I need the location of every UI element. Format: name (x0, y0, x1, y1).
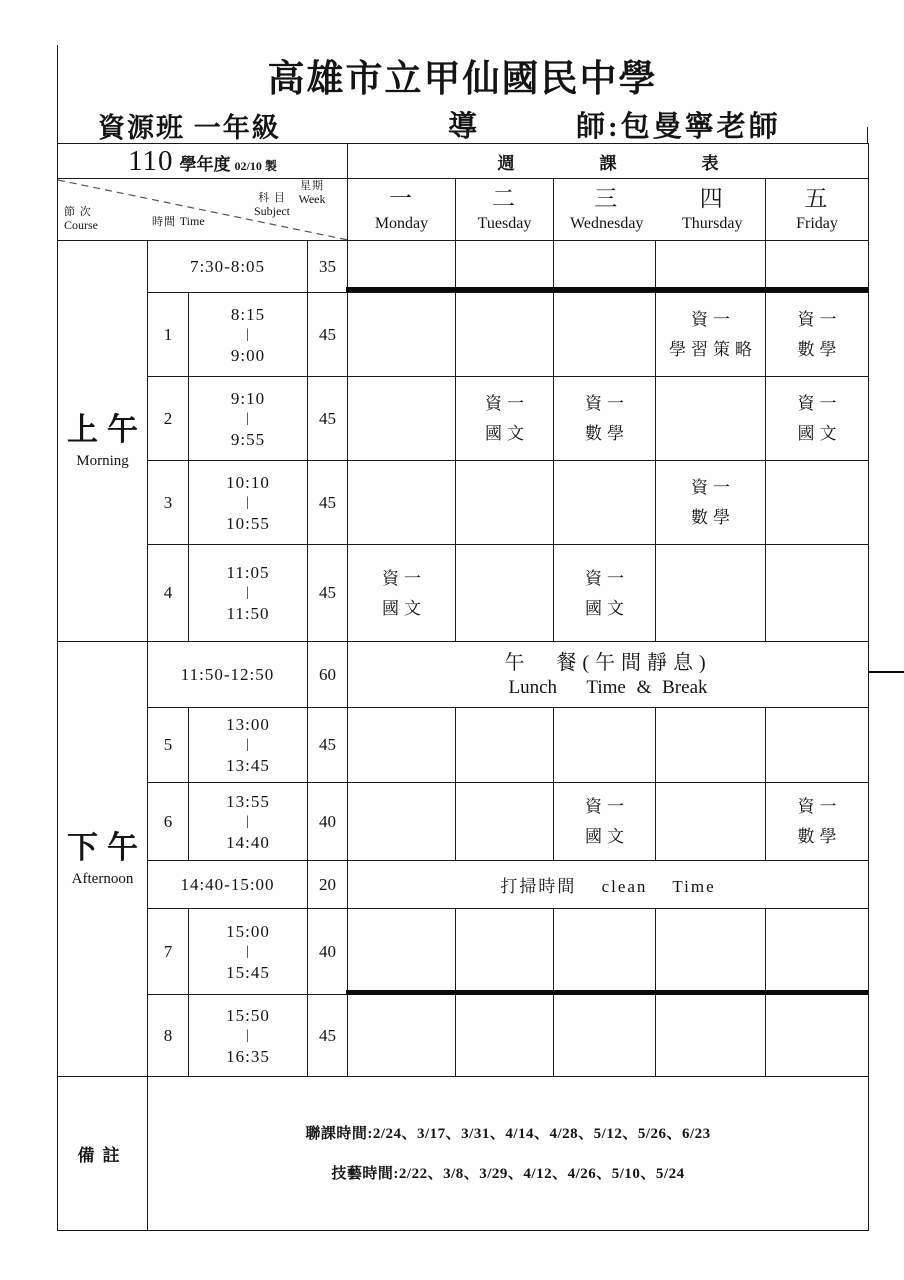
schedule-cell: 資一 國文 (348, 545, 456, 642)
minutes-cell: 45 (308, 995, 348, 1077)
period-number: 3 (148, 461, 189, 545)
schedule-cell (348, 241, 456, 293)
school-title: 高雄市立甲仙國民中學 (57, 48, 868, 102)
schedule-cell (456, 783, 554, 861)
minutes-cell: 40 (308, 909, 348, 995)
day-header-wednesday: 三 Wednesday (554, 187, 660, 232)
schedule-cell (456, 909, 554, 995)
schedule-cell (656, 909, 766, 995)
remarks-label: 備註 (58, 1077, 148, 1231)
lunch-time-cell: 11:50-12:50 (148, 642, 308, 708)
day-header-monday: 一 Monday (348, 179, 456, 241)
period-number: 1 (148, 293, 189, 377)
schedule-cell: 資一 數學 (766, 783, 869, 861)
corner-header-cell: 星期 Week 科 目 Subject 時間 Time 節 次 Course (58, 179, 348, 241)
schedule-cell (766, 461, 869, 545)
schedule-cell (456, 293, 554, 377)
early-time-cell: 7:30-8:05 (148, 241, 308, 293)
day-header-friday: 五 Friday (766, 179, 869, 241)
table-title: 週 課 表 (348, 144, 869, 179)
schedule-cell (766, 545, 869, 642)
schedule-cell (456, 461, 554, 545)
schedule-cell (554, 995, 656, 1077)
schedule-cell: 資一 國文 (766, 377, 869, 461)
schedule-cell (348, 909, 456, 995)
schedule-cell (456, 545, 554, 642)
day-header-wednesday-thursday: 三 Wednesday 四 Thursday (554, 179, 766, 241)
edge-artifact-line (869, 671, 904, 673)
period-time-cell: 9:10 | 9:55 (189, 377, 308, 461)
schedule-cell (656, 783, 766, 861)
schedule-cell (348, 995, 456, 1077)
schedule-cell (348, 783, 456, 861)
period-time-cell: 13:00 | 13:45 (189, 708, 308, 783)
schedule-cell (554, 909, 656, 995)
remarks-content: 聯課時間:2/24、3/17、3/31、4/14、4/28、5/12、5/26、… (148, 1077, 869, 1231)
schedule-cell: 資一 數學 (766, 293, 869, 377)
minutes-cell: 20 (308, 861, 348, 909)
day-header-tuesday: 二 Tuesday (456, 179, 554, 241)
class-grade-label: 資源班 一年級 (98, 106, 281, 145)
minutes-cell: 60 (308, 642, 348, 708)
schedule-cell (554, 241, 656, 293)
remarks-line-coactivity: 聯課時間:2/24、3/17、3/31、4/14、4/28、5/12、5/26、… (148, 1114, 868, 1154)
period-number: 7 (148, 909, 189, 995)
schedule-cell (656, 377, 766, 461)
day-header-thursday: 四 Thursday (660, 187, 766, 232)
minutes-cell: 35 (308, 241, 348, 293)
weekly-timetable: 110學年度02/10 製 週 課 表 星期 Week 科 目 Subject (57, 143, 869, 1231)
schedule-cell (766, 995, 869, 1077)
page-right-border (867, 127, 868, 144)
lunch-break-cell: 午 餐(午間靜息) Lunch Time & Break (348, 642, 869, 708)
schedule-cell (348, 708, 456, 783)
period-number: 5 (148, 708, 189, 783)
period-time-cell: 15:50 | 16:35 (189, 995, 308, 1077)
minutes-cell: 45 (308, 708, 348, 783)
schedule-cell (766, 909, 869, 995)
period-number: 2 (148, 377, 189, 461)
schedule-cell: 資一 國文 (554, 545, 656, 642)
schedule-cell (656, 995, 766, 1077)
period-number: 4 (148, 545, 189, 642)
minutes-cell: 45 (308, 461, 348, 545)
thick-divider-top (346, 287, 868, 292)
schedule-cell: 資一 學習策略 (656, 293, 766, 377)
schedule-cell (456, 995, 554, 1077)
thick-divider-bottom (346, 990, 868, 995)
corner-subject-label: 科 目 Subject (244, 193, 300, 219)
schedule-cell: 資一 數學 (656, 461, 766, 545)
period-time-cell: 10:10 | 10:55 (189, 461, 308, 545)
minutes-cell: 40 (308, 783, 348, 861)
schedule-cell (456, 708, 554, 783)
minutes-cell: 45 (308, 293, 348, 377)
timetable-page: 高雄市立甲仙國民中學 資源班 一年級 導 師:包曼寧老師 110學年度02/10… (0, 0, 904, 1280)
schedule-cell (554, 293, 656, 377)
academic-year-label: 學年度 (180, 155, 231, 174)
period-time-cell: 13:55 | 14:40 (189, 783, 308, 861)
remarks-line-skills: 技藝時間:2/22、3/8、3/29、4/12、4/26、5/10、5/24 (148, 1154, 868, 1194)
schedule-cell (348, 293, 456, 377)
schedule-cell (656, 241, 766, 293)
schedule-cell (656, 708, 766, 783)
schedule-cell (656, 545, 766, 642)
schedule-cell (766, 708, 869, 783)
period-number: 6 (148, 783, 189, 861)
schedule-cell (456, 241, 554, 293)
schedule-cell: 資一 國文 (456, 377, 554, 461)
homeroom-teacher-label: 導 師:包曼寧老師 (448, 104, 781, 145)
academic-year-number: 110 (128, 145, 173, 177)
period-time-cell: 11:05 | 11:50 (189, 545, 308, 642)
print-date-note: 02/10 製 (235, 159, 277, 173)
schedule-cell (766, 241, 869, 293)
clean-time-cell: 14:40-15:00 (148, 861, 308, 909)
period-number: 8 (148, 995, 189, 1077)
corner-course-label: 節 次 Course (64, 207, 98, 233)
period-time-cell: 15:00 | 15:45 (189, 909, 308, 995)
minutes-cell: 45 (308, 377, 348, 461)
session-morning: 上午 Morning (58, 241, 148, 642)
minutes-cell: 45 (308, 545, 348, 642)
corner-time-label: 時間 Time (152, 216, 205, 228)
schedule-cell (554, 461, 656, 545)
academic-year-cell: 110學年度02/10 製 (58, 144, 348, 179)
schedule-cell: 資一 數學 (554, 377, 656, 461)
clean-time-label-cell: 打掃時間 clean Time (348, 861, 869, 909)
schedule-cell: 資一 國文 (554, 783, 656, 861)
schedule-cell (554, 708, 656, 783)
schedule-cell (348, 377, 456, 461)
period-time-cell: 8:15 | 9:00 (189, 293, 308, 377)
session-afternoon: 下午 Afternoon (58, 642, 148, 1077)
schedule-cell (348, 461, 456, 545)
